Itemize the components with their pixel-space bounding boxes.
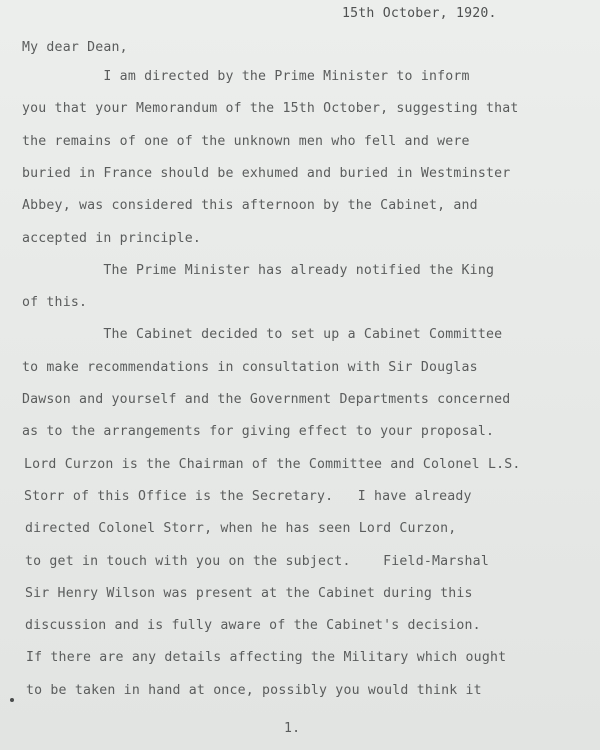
letter-line: accepted in principle.: [22, 231, 201, 247]
letter-line: The Prime Minister has already notified …: [22, 263, 494, 279]
letter-line: as to the arrangements for giving effect…: [22, 424, 494, 440]
letter-line: Lord Curzon is the Chairman of the Commi…: [24, 457, 521, 473]
letter-line: of this.: [22, 295, 87, 311]
letter-date: 15th October, 1920.: [342, 6, 497, 22]
typed-letter-page: 15th October, 1920. My dear Dean, I am d…: [0, 0, 600, 750]
letter-line: to get in touch with you on the subject.…: [25, 554, 489, 570]
letter-line: I am directed by the Prime Minister to i…: [22, 69, 470, 85]
page-number: 1.: [284, 721, 300, 737]
letter-line: If there are any details affecting the M…: [26, 650, 506, 666]
letter-line: Sir Henry Wilson was present at the Cabi…: [25, 586, 473, 602]
margin-mark: [10, 698, 14, 702]
letter-line: to make recommendations in consultation …: [22, 360, 478, 376]
letter-line: Dawson and yourself and the Government D…: [22, 392, 510, 408]
letter-line: Abbey, was considered this afternoon by …: [22, 198, 478, 214]
letter-line: the remains of one of the unknown men wh…: [22, 134, 470, 150]
letter-line: Storr of this Office is the Secretary. I…: [24, 489, 472, 505]
letter-line: The Cabinet decided to set up a Cabinet …: [22, 327, 502, 343]
letter-line: directed Colonel Storr, when he has seen…: [25, 521, 456, 537]
letter-line: buried in France should be exhumed and b…: [22, 166, 510, 182]
letter-salutation: My dear Dean,: [22, 40, 128, 56]
letter-line: to be taken in hand at once, possibly yo…: [26, 683, 482, 699]
letter-line: discussion and is fully aware of the Cab…: [25, 618, 481, 634]
letter-line: you that your Memorandum of the 15th Oct…: [22, 101, 519, 117]
